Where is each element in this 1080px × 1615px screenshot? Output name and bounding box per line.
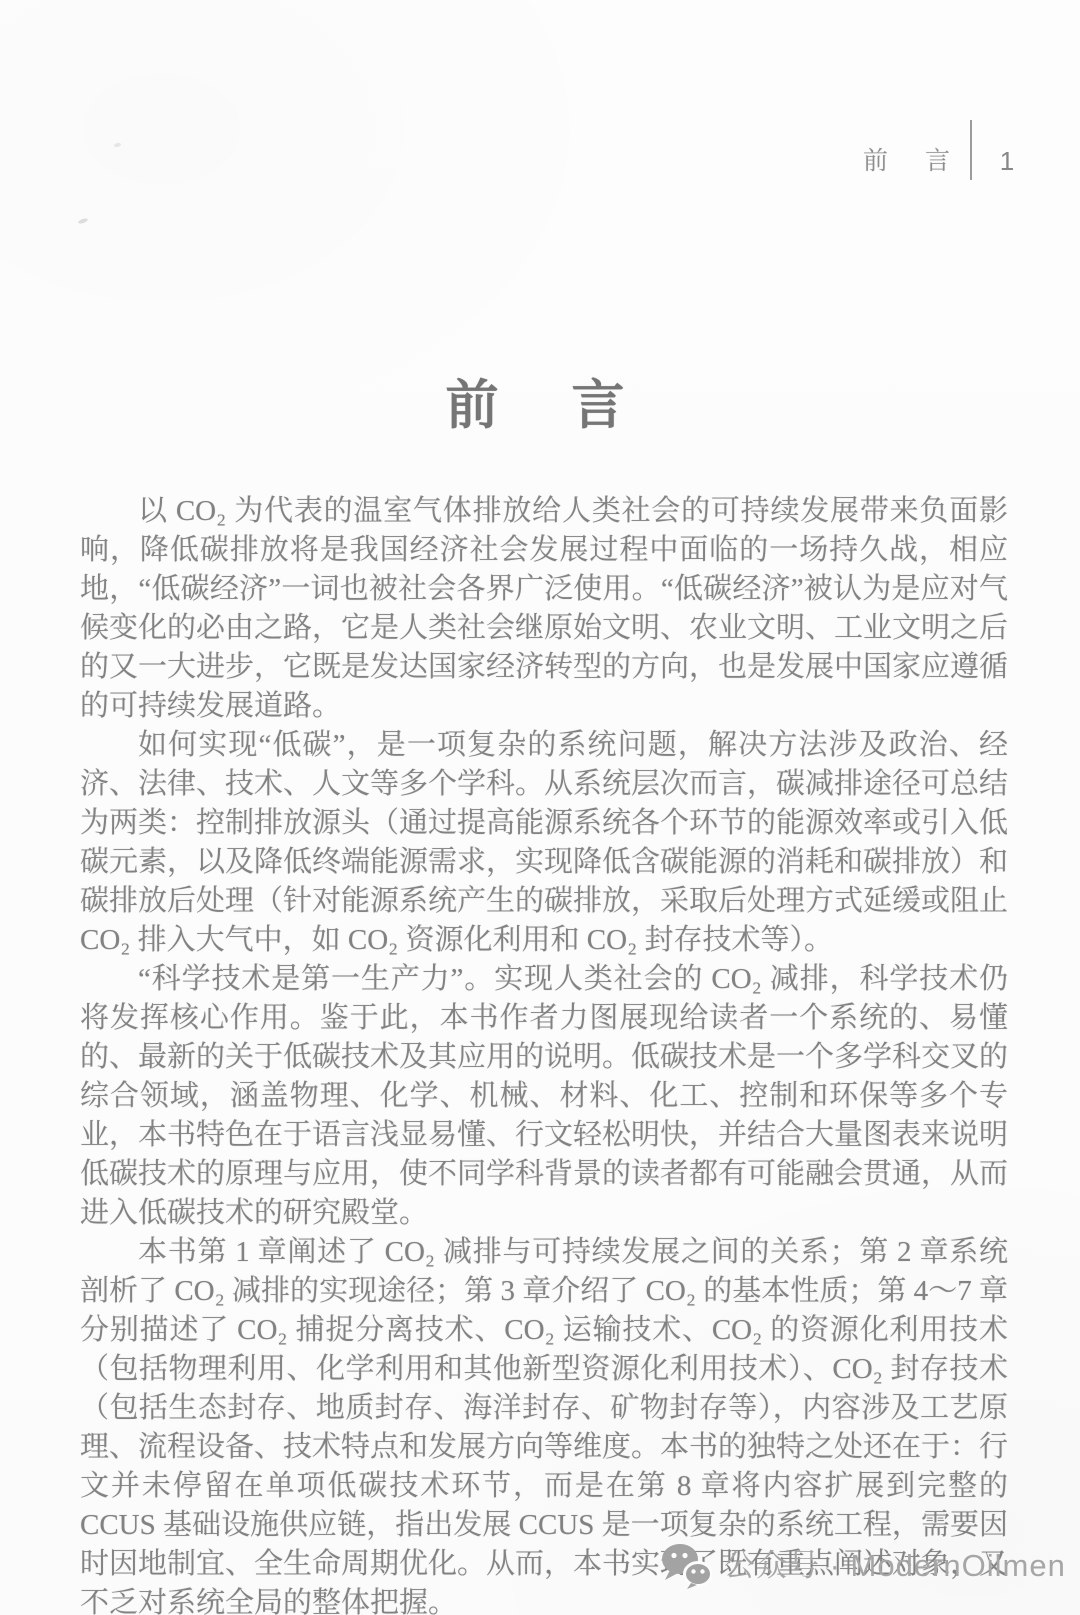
body-paragraph: 如何实现“低碳”，是一项复杂的系统问题，解决方法涉及政治、经济、法律、技术、人文… bbox=[80, 726, 1008, 960]
watermark-text: 公众号 · ModernOilmen bbox=[724, 1542, 1066, 1590]
header-divider bbox=[970, 120, 972, 180]
running-header-title: 前 言 bbox=[863, 146, 956, 180]
body-paragraph: “科学技术是第一生产力”。实现人类社会的 CO₂ 减排，科学技术仍将发挥核心作用… bbox=[80, 960, 1008, 1233]
page-number: 1 bbox=[990, 146, 1024, 180]
scan-speck bbox=[114, 142, 122, 148]
body-text: 以 CO₂ 为代表的温室气体排放给人类社会的可持续发展带来负面影响，降低碳排放将… bbox=[80, 492, 1008, 1615]
scanned-book-page: 前 言 1 前 言 以 CO₂ 为代表的温室气体排放给人类社会的可持续发展带来负… bbox=[0, 0, 1080, 1615]
wechat-icon bbox=[660, 1542, 712, 1590]
body-paragraph: 以 CO₂ 为代表的温室气体排放给人类社会的可持续发展带来负面影响，降低碳排放将… bbox=[80, 492, 1008, 726]
watermark: 公众号 · ModernOilmen bbox=[660, 1542, 1066, 1590]
chapter-title: 前 言 bbox=[0, 378, 1080, 434]
running-header: 前 言 1 bbox=[863, 120, 1024, 180]
scan-speck bbox=[78, 217, 89, 224]
